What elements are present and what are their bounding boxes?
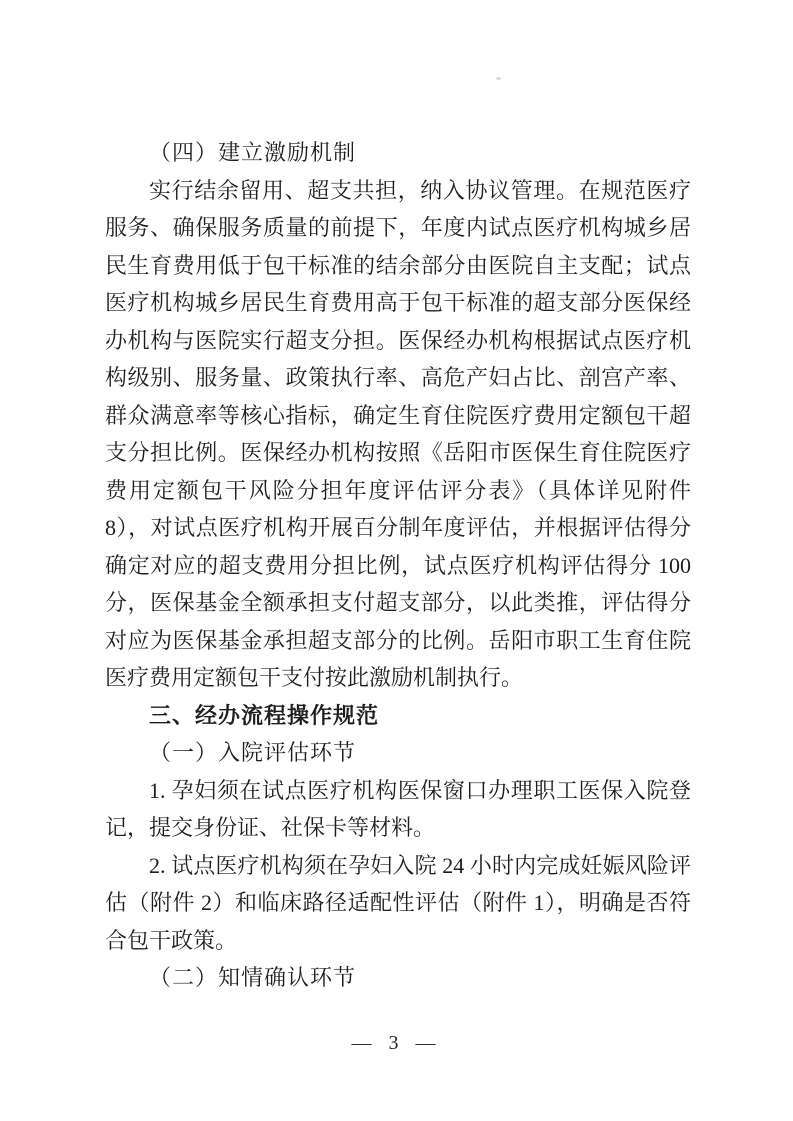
document-body: （四）建立激励机制 实行结余留用、超支共担，纳入协议管理。在规范医疗服务、确保服… [105, 134, 691, 997]
section-subheading: （四）建立激励机制 [105, 134, 691, 172]
section-subheading: （二）知情确认环节 [105, 959, 691, 997]
document-page: （四）建立激励机制 实行结余留用、超支共担，纳入协议管理。在规范医疗服务、确保服… [0, 0, 793, 1121]
section-subheading: （一）入院评估环节 [105, 734, 691, 772]
body-paragraph: 1. 孕妇须在试点医疗机构医保窗口办理职工医保入院登记，提交身份证、社保卡等材料… [105, 772, 691, 847]
body-paragraph: 2. 试点医疗机构须在孕妇入院 24 小时内完成妊娠风险评估（附件 2）和临床路… [105, 847, 691, 960]
body-paragraph: 实行结余留用、超支共担，纳入协议管理。在规范医疗服务、确保服务质量的前提下，年度… [105, 172, 691, 697]
section-heading: 三、经办流程操作规范 [105, 697, 691, 735]
scan-artifact [496, 77, 501, 80]
page-number: — 3 — [0, 1032, 793, 1055]
